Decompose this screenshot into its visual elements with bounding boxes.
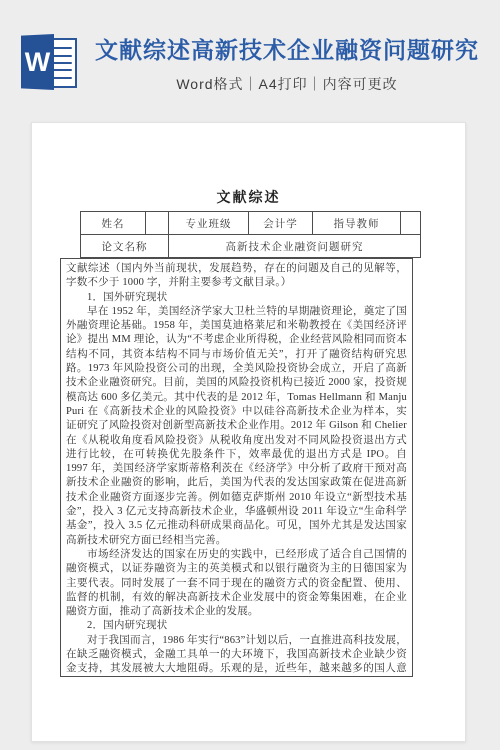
paragraph-domestic-research: 对于我国而言，1986 年实行“863”计划以后，一直推进高科技发展，在缺乏融资… bbox=[66, 634, 407, 677]
class-label-cell: 专业班级 bbox=[169, 212, 249, 235]
page-subtitle: Word格式｜A4打印｜内容可更改 bbox=[176, 74, 397, 94]
paragraph-market-economy: 市场经济发达的国家在历史的实践中，已经形成了适合自己国情的融资模式，以证券融资为… bbox=[66, 548, 407, 619]
header: W 文献综述高新技术企业融资问题研究 Word格式｜A4打印｜内容可更改 bbox=[0, 34, 500, 94]
heading-foreign-research: 1．国外研究现状 bbox=[66, 291, 407, 305]
name-label-cell: 姓名 bbox=[81, 212, 146, 235]
advisor-label-cell: 指导教师 bbox=[313, 212, 401, 235]
document-body: 文献综述（国内外当前现状，发展趋势，存在的问题及自己的见解等，字数不少于 100… bbox=[60, 258, 413, 677]
document-preview-page: 文献综述 姓名 专业班级 会计学 指导教师 论文名称 高新技术企业融资问题研究 … bbox=[31, 122, 466, 742]
word-icon: W bbox=[21, 34, 79, 90]
page-title: 文献综述高新技术企业融资问题研究 bbox=[95, 34, 479, 66]
thesis-title-label-cell: 论文名称 bbox=[81, 235, 169, 258]
class-value-cell: 会计学 bbox=[249, 212, 313, 235]
paragraph-foreign-research: 早在 1952 年，美国经济学家大卫杜兰特的早期融资理论，奠定了国外融资理论基础… bbox=[66, 305, 407, 548]
info-table-row-1: 姓名 专业班级 会计学 指导教师 bbox=[81, 212, 421, 235]
name-value-cell bbox=[146, 212, 169, 235]
info-table: 姓名 专业班级 会计学 指导教师 论文名称 高新技术企业融资问题研究 bbox=[80, 211, 421, 258]
document-title: 文献综述 bbox=[32, 187, 465, 207]
advisor-value-cell bbox=[401, 212, 421, 235]
thesis-title-value-cell: 高新技术企业融资问题研究 bbox=[169, 235, 421, 258]
header-text: 文献综述高新技术企业融资问题研究 Word格式｜A4打印｜内容可更改 bbox=[95, 34, 479, 94]
word-w-icon: W bbox=[21, 34, 54, 90]
info-table-row-2: 论文名称 高新技术企业融资问题研究 bbox=[81, 235, 421, 258]
paragraph-instructions: 文献综述（国内外当前现状，发展趋势，存在的问题及自己的见解等，字数不少于 100… bbox=[66, 262, 407, 291]
heading-domestic-research: 2．国内研究现状 bbox=[66, 619, 407, 633]
